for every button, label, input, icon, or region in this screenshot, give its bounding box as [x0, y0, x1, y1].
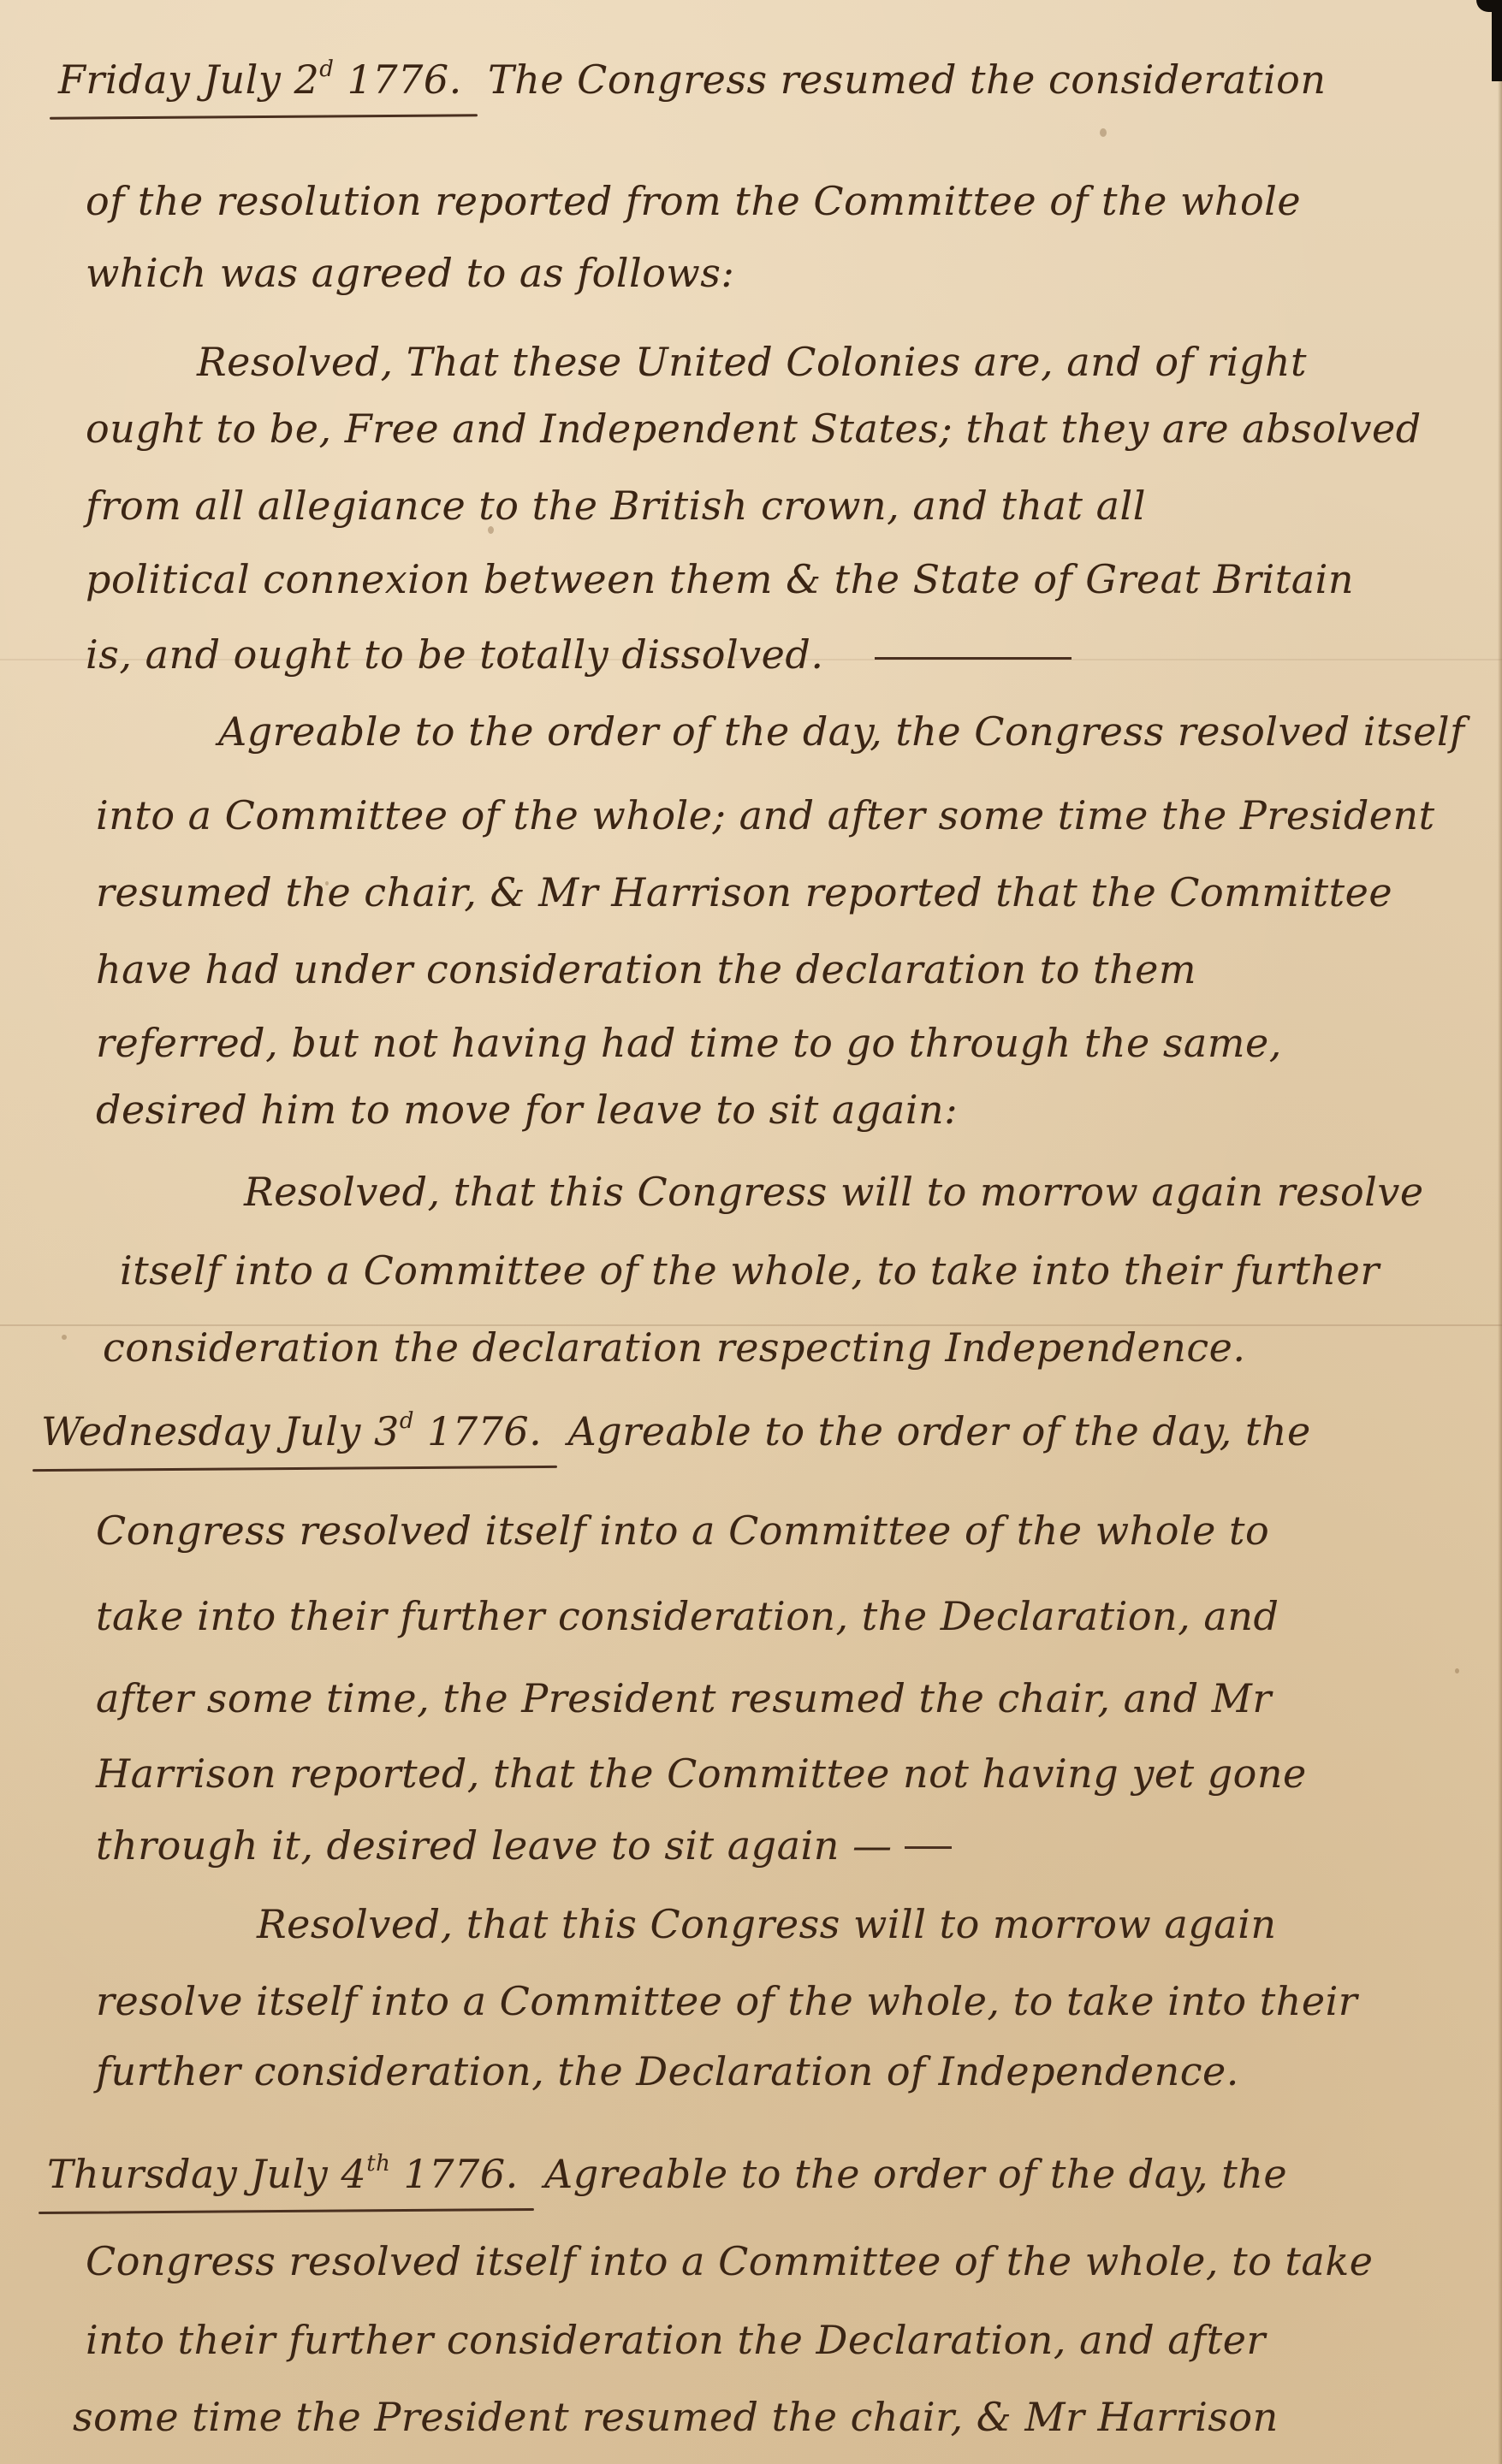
date-number: 4: [341, 2151, 366, 2197]
date-day: Friday: [58, 56, 190, 103]
entry-2-line-7: Resolved, that this Congress will to mor…: [257, 1904, 1277, 1944]
date-number: 3: [374, 1408, 400, 1454]
entry-1-line-2: of the resolution reported from the Comm…: [86, 181, 1301, 221]
entry-2-line-2: Congress resolved itself into a Committe…: [96, 1511, 1269, 1550]
entry-1-line-12: have had under consideration the declara…: [96, 950, 1196, 989]
date-heading-july-3: Wednesday July 3d 1776.: [41, 1410, 542, 1451]
resolution-independence-line-3: from all allegiance to the British crown…: [86, 486, 1146, 525]
entry-2-line-3: take into their further consideration, t…: [96, 1596, 1279, 1636]
date-number: 2: [294, 56, 320, 103]
entry-2-line-4: after some time, the President resumed t…: [96, 1679, 1272, 1718]
entry-1-line-10: into a Committee of the whole; and after…: [96, 796, 1435, 835]
closing-dash: [905, 1846, 952, 1849]
entry-1-line-16: itself into a Committee of the whole, to…: [120, 1251, 1380, 1290]
date-year: 1776.: [427, 1408, 542, 1454]
entry-1-line-1: Friday July 2d 1776. The Congress resume…: [58, 58, 1327, 99]
entry-1-line-3: which was agreed to as follows:: [86, 253, 734, 293]
entry-2-line-9: further consideration, the Declaration o…: [96, 2052, 1239, 2091]
page-right-edge: [1498, 81, 1502, 2464]
entry-2-line-8: resolve itself into a Committee of the w…: [96, 1981, 1357, 2021]
date-heading-july-4: Thursday July 4th 1776.: [47, 2153, 519, 2194]
text-line: Agreable to the order of the day, the: [568, 1408, 1311, 1454]
date-month: July: [283, 1408, 361, 1454]
date-heading-july-2: Friday July 2d 1776.: [58, 58, 462, 99]
text-line: is, and ought to be totally dissolved.: [86, 631, 823, 678]
date-suffix: th: [366, 2151, 390, 2177]
text-line: Agreable to the order of the day, the: [544, 2151, 1287, 2197]
date-suffix: d: [319, 56, 334, 82]
entry-2-line-6: through it, desired leave to sit again —: [96, 1826, 952, 1865]
entry-3-line-1: Thursday July 4th 1776. Agreable to the …: [47, 2153, 1287, 2194]
entry-1-line-15: Resolved, that this Congress will to mor…: [244, 1172, 1424, 1211]
entry-1-line-14: desired him to move for leave to sit aga…: [96, 1090, 958, 1129]
entry-1-line-9: Agreable to the order of the day, the Co…: [218, 712, 1465, 751]
date-suffix: d: [400, 1408, 414, 1434]
closing-rule: [875, 657, 1072, 660]
entry-2-line-5: Harrison reported, that the Committee no…: [96, 1754, 1307, 1793]
text-line: The Congress resumed the consideration: [488, 56, 1326, 103]
page-corner-tear: [1476, 0, 1502, 12]
resolution-independence-line-1: Resolved, That these United Colonies are…: [197, 342, 1307, 382]
paper-speck: [1100, 128, 1107, 137]
resolution-independence-line-4: political connexion between them & the S…: [86, 560, 1354, 599]
date-month: July: [251, 2151, 329, 2197]
page-corner-shadow: [1492, 0, 1502, 81]
date-day: Thursday: [47, 2151, 237, 2197]
date-year: 1776.: [347, 56, 462, 103]
date-month: July: [204, 56, 282, 103]
entry-3-line-3: into their further consideration the Dec…: [86, 2320, 1266, 2360]
text-line: through it, desired leave to sit again —: [96, 1822, 893, 1869]
entry-3-line-2: Congress resolved itself into a Committe…: [86, 2242, 1373, 2281]
entry-3-line-4: some time the President resumed the chai…: [73, 2397, 1279, 2437]
entry-1-line-17: consideration the declaration respecting…: [103, 1328, 1246, 1367]
entry-2-line-1: Wednesday July 3d 1776. Agreable to the …: [41, 1410, 1311, 1451]
entry-1-line-11: resumed the chair, & Mr Harrison reporte…: [96, 873, 1392, 912]
entry-1-line-13: referred, but not having had time to go …: [96, 1023, 1282, 1063]
resolution-independence-line-2: ought to be, Free and Independent States…: [86, 409, 1422, 448]
paper-speck: [1455, 1668, 1459, 1673]
resolution-independence-line-5: is, and ought to be totally dissolved.: [86, 635, 1072, 674]
date-year: 1776.: [404, 2151, 519, 2197]
manuscript-page: Friday July 2d 1776. The Congress resume…: [0, 0, 1502, 2464]
date-day: Wednesday: [41, 1408, 270, 1454]
paper-speck: [62, 1335, 67, 1340]
